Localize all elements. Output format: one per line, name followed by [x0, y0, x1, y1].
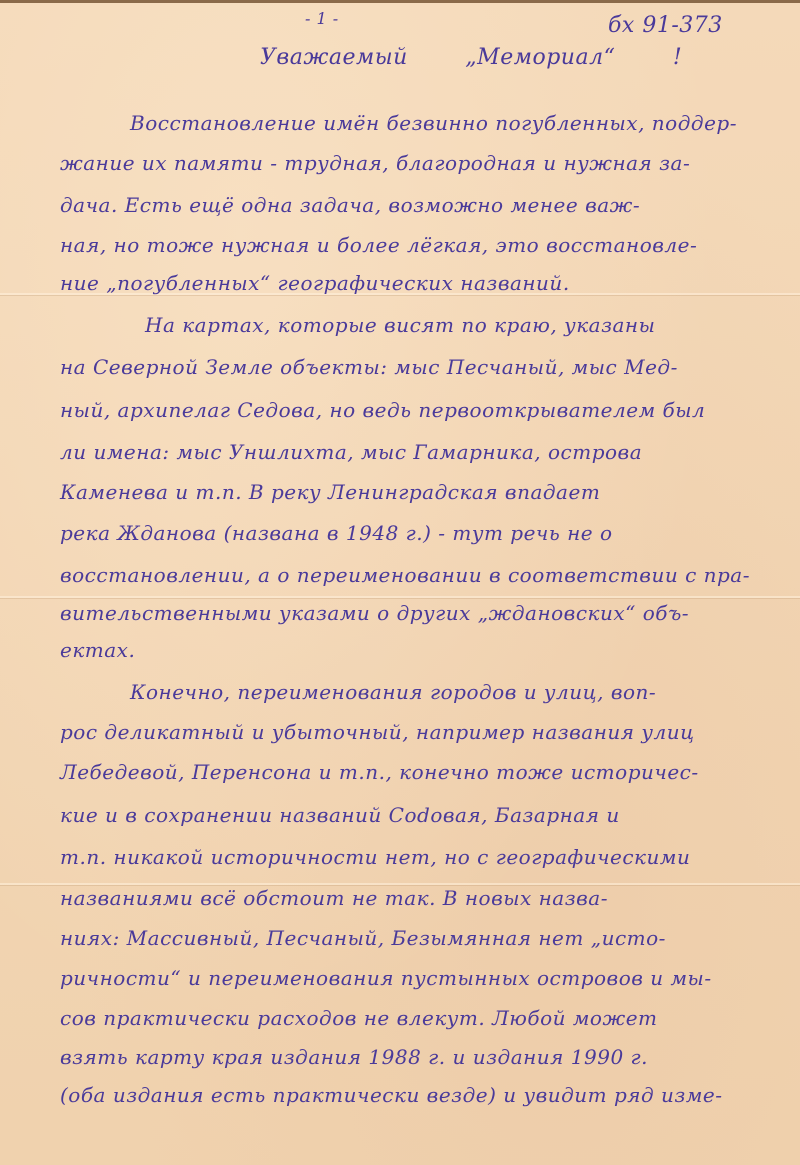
- letter-page: - 1 - бх 91-373 Уважаемый „Мемориал“ ! В…: [0, 0, 800, 1165]
- text-line: ниях: Массивный, Песчаный, Безымянная не…: [60, 926, 666, 950]
- text-line: ричности“ и переименования пустынных ост…: [60, 966, 712, 990]
- text-line: река Жданова (названа в 1948 г.) - тут р…: [60, 521, 613, 545]
- text-line: дача. Есть ещё одна задача, возможно мен…: [60, 193, 640, 217]
- text-line: ная, но тоже нужная и более лёгкая, это …: [60, 233, 697, 257]
- text-line: ли имена: мыс Уншлихта, мыс Гамарника, о…: [60, 440, 642, 464]
- text-line: ектах.: [60, 638, 135, 662]
- text-line: сов практически расходов не влекут. Любо…: [60, 1006, 658, 1030]
- page-number: - 1 -: [305, 9, 339, 28]
- text-line: (оба издания есть практически везде) и у…: [60, 1083, 723, 1107]
- text-line: Лебедевой, Перенсона и т.п., конечно тож…: [60, 760, 699, 784]
- paper-fold-line: [0, 883, 800, 885]
- text-line: ние „погубленных“ географических названи…: [60, 271, 570, 295]
- text-line: восстановлении, а о переименовании в соо…: [60, 563, 750, 587]
- text-line: взять карту края издания 1988 г. и издан…: [60, 1045, 648, 1069]
- text-line: названиями всё обстоит не так. В новых н…: [60, 886, 608, 910]
- text-line: т.п. никакой историчности нет, но с геог…: [60, 845, 690, 869]
- text-line: ный, архипелаг Седова, но ведь первооткр…: [60, 398, 705, 422]
- text-line: Каменева и т.п. В реку Ленинградская впа…: [60, 480, 600, 504]
- text-line: на Северной Земле объекты: мыс Песчаный,…: [60, 355, 678, 379]
- paper-fold-line: [0, 596, 800, 598]
- salutation: Уважаемый „Мемориал“ !: [260, 45, 682, 70]
- text-line: Восстановление имён безвинно погубленных…: [130, 111, 737, 135]
- text-line: рос деликатный и убыточный, например наз…: [60, 720, 695, 744]
- archive-code: бх 91-373: [608, 13, 723, 38]
- text-line: Конечно, переименования городов и улиц, …: [130, 680, 656, 704]
- text-line: вительственными указами о других „жданов…: [60, 601, 689, 625]
- text-line: кие и в сохранении названий Сodовая, Баз…: [60, 803, 620, 827]
- text-line: жание их памяти - трудная, благородная и…: [60, 151, 690, 175]
- text-line: На картах, которые висят по краю, указан…: [145, 313, 655, 337]
